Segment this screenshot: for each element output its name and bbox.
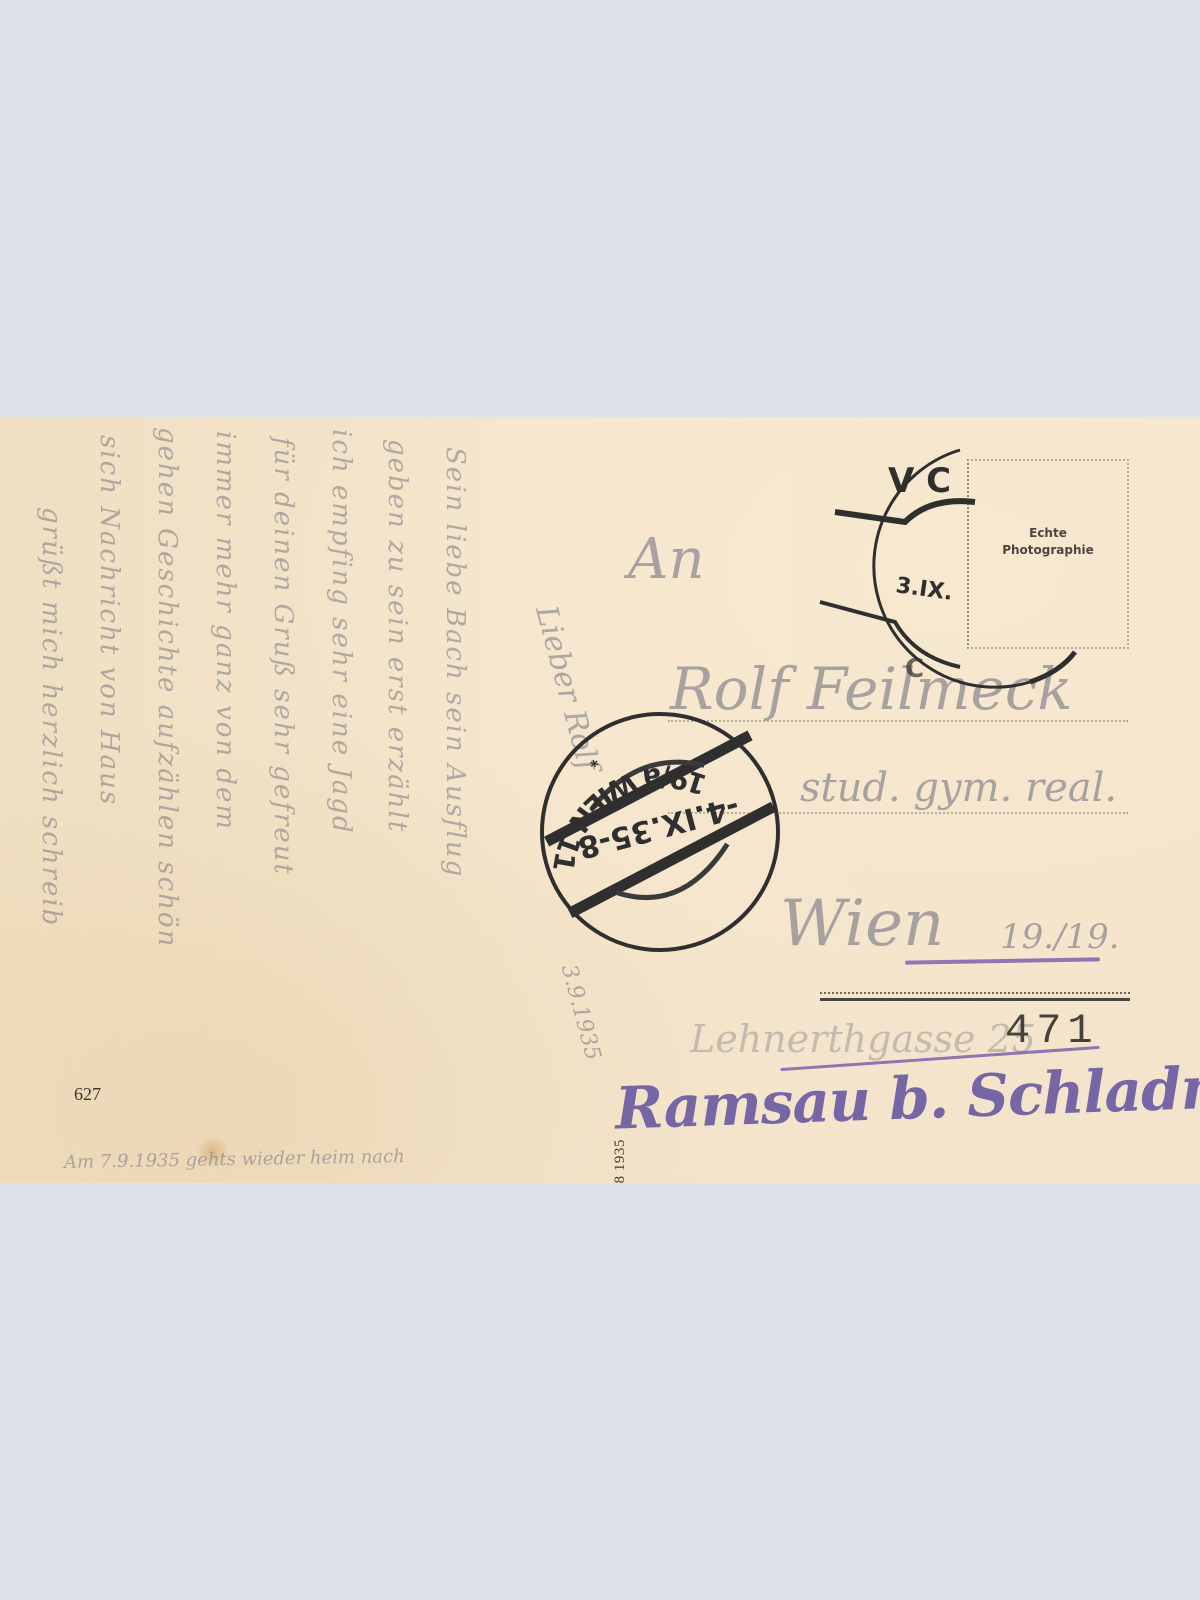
origin-postmark: V C 3.IX. C <box>820 450 1075 687</box>
origin-postmark-bottom: C <box>905 654 924 684</box>
vienna-postmark-star: * <box>588 756 602 777</box>
origin-postmark-date: 3.IX. <box>894 573 954 606</box>
origin-postmark-top: V C <box>888 461 951 501</box>
postcard-back: Sein liebe Bach sein Ausflug geben zu se… <box>0 417 1200 1183</box>
vienna-postmark: -4.IX.35-8 19/a WIEN 112 * <box>514 545 1200 1183</box>
image-viewer: Sein liebe Bach sein Ausflug geben zu se… <box>0 0 1200 1600</box>
postmarks-layer: -4.IX.35-8 19/a WIEN 112 * V C 3.IX. C <box>0 417 1200 1183</box>
